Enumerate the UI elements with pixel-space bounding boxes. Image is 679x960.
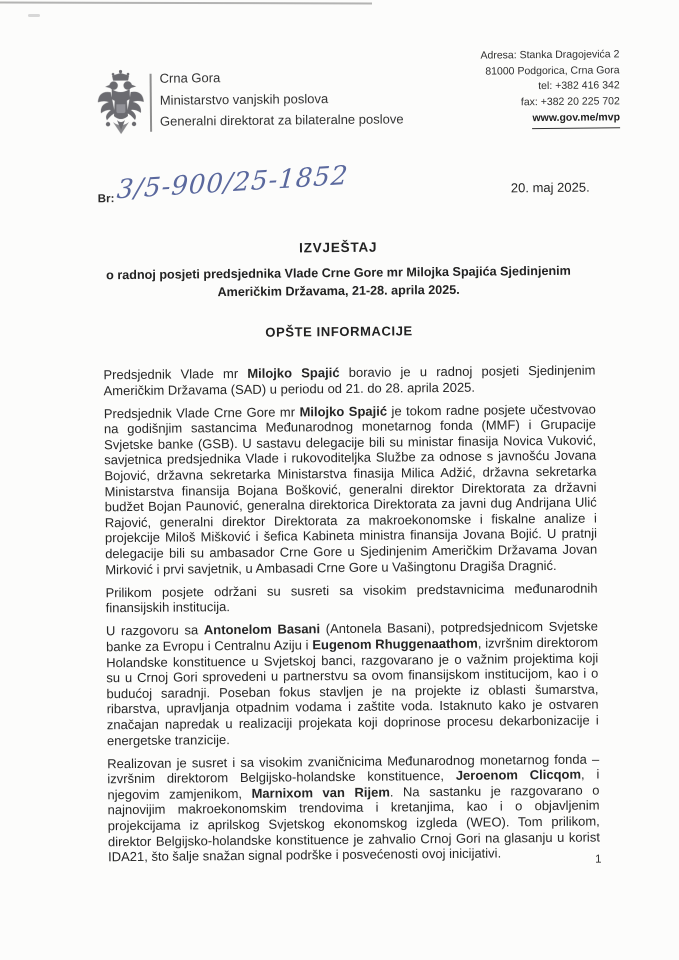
document-date: 20. maj 2025. xyxy=(511,180,590,196)
reference-number-label: Br: xyxy=(98,193,115,205)
title-block: IZVJEŠTAJ o radnoj posjeti predsjednika … xyxy=(68,237,609,341)
website-link[interactable]: www.gov.me/mvp xyxy=(532,111,620,129)
letterhead-address-block: Adresa: Stanka Dragojevića 2 81000 Podgo… xyxy=(480,47,620,129)
address-street: Adresa: Stanka Dragojevića 2 xyxy=(480,47,619,64)
org-directorate: Generalni direktorat za bilateralne posl… xyxy=(160,108,404,132)
paragraph-3: Prilikom posjete održani su susreti sa v… xyxy=(105,580,597,616)
letterhead-org-block: Crna Gora Ministarstvo vanjskih poslova … xyxy=(159,65,403,132)
paragraph-1: Predsjednik Vlade mr Milojko Spajić bora… xyxy=(103,363,595,399)
paragraph-5: Realizovan je susret i sa visokim zvanič… xyxy=(107,751,600,865)
org-ministry: Ministarstvo vanjskih poslova xyxy=(160,87,404,111)
document-body: Predsjednik Vlade mr Milojko Spajić bora… xyxy=(103,363,600,873)
handwritten-reference-number: 3/5-900/25-1852 xyxy=(116,161,350,206)
montenegro-coat-of-arms-icon xyxy=(96,68,145,138)
address-fax: fax: +382 20 225 702 xyxy=(481,94,620,111)
address-tel: tel: +382 416 342 xyxy=(481,78,620,95)
paragraph-2: Predsjednik Vlade Crne Gore mr Milojko S… xyxy=(104,401,598,577)
document-subtitle: o radnoj posjeti predsjednika Vlade Crne… xyxy=(78,263,598,303)
document-page: Crna Gora Ministarstvo vanjskih poslova … xyxy=(0,0,679,960)
letterhead-divider xyxy=(150,74,153,132)
address-city: 81000 Podgorica, Crna Gora xyxy=(481,63,620,80)
org-country: Crna Gora xyxy=(159,65,403,89)
scanned-content: Crna Gora Ministarstvo vanjskih poslova … xyxy=(0,0,679,960)
document-title: IZVJEŠTAJ xyxy=(68,237,608,257)
section-heading: OPŠTE INFORMACIJE xyxy=(69,321,609,341)
paragraph-4: U razgovoru sa Antonelom Basani (Antonel… xyxy=(106,619,599,748)
page-number: 1 xyxy=(595,854,602,866)
